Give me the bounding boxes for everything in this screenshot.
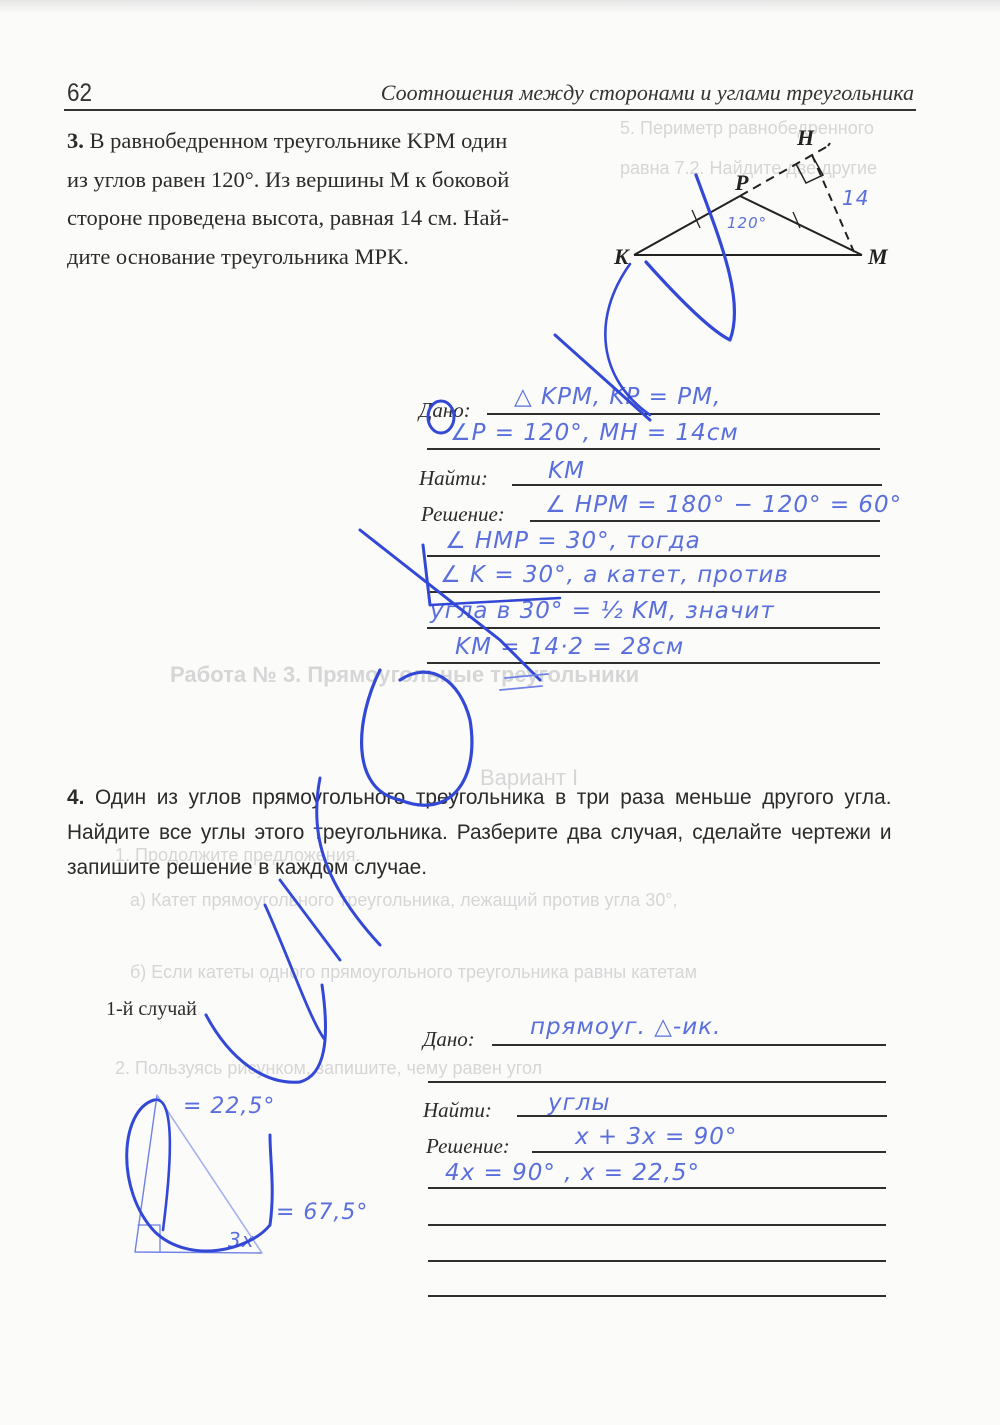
pen-scribble-overlay — [0, 0, 1000, 1425]
